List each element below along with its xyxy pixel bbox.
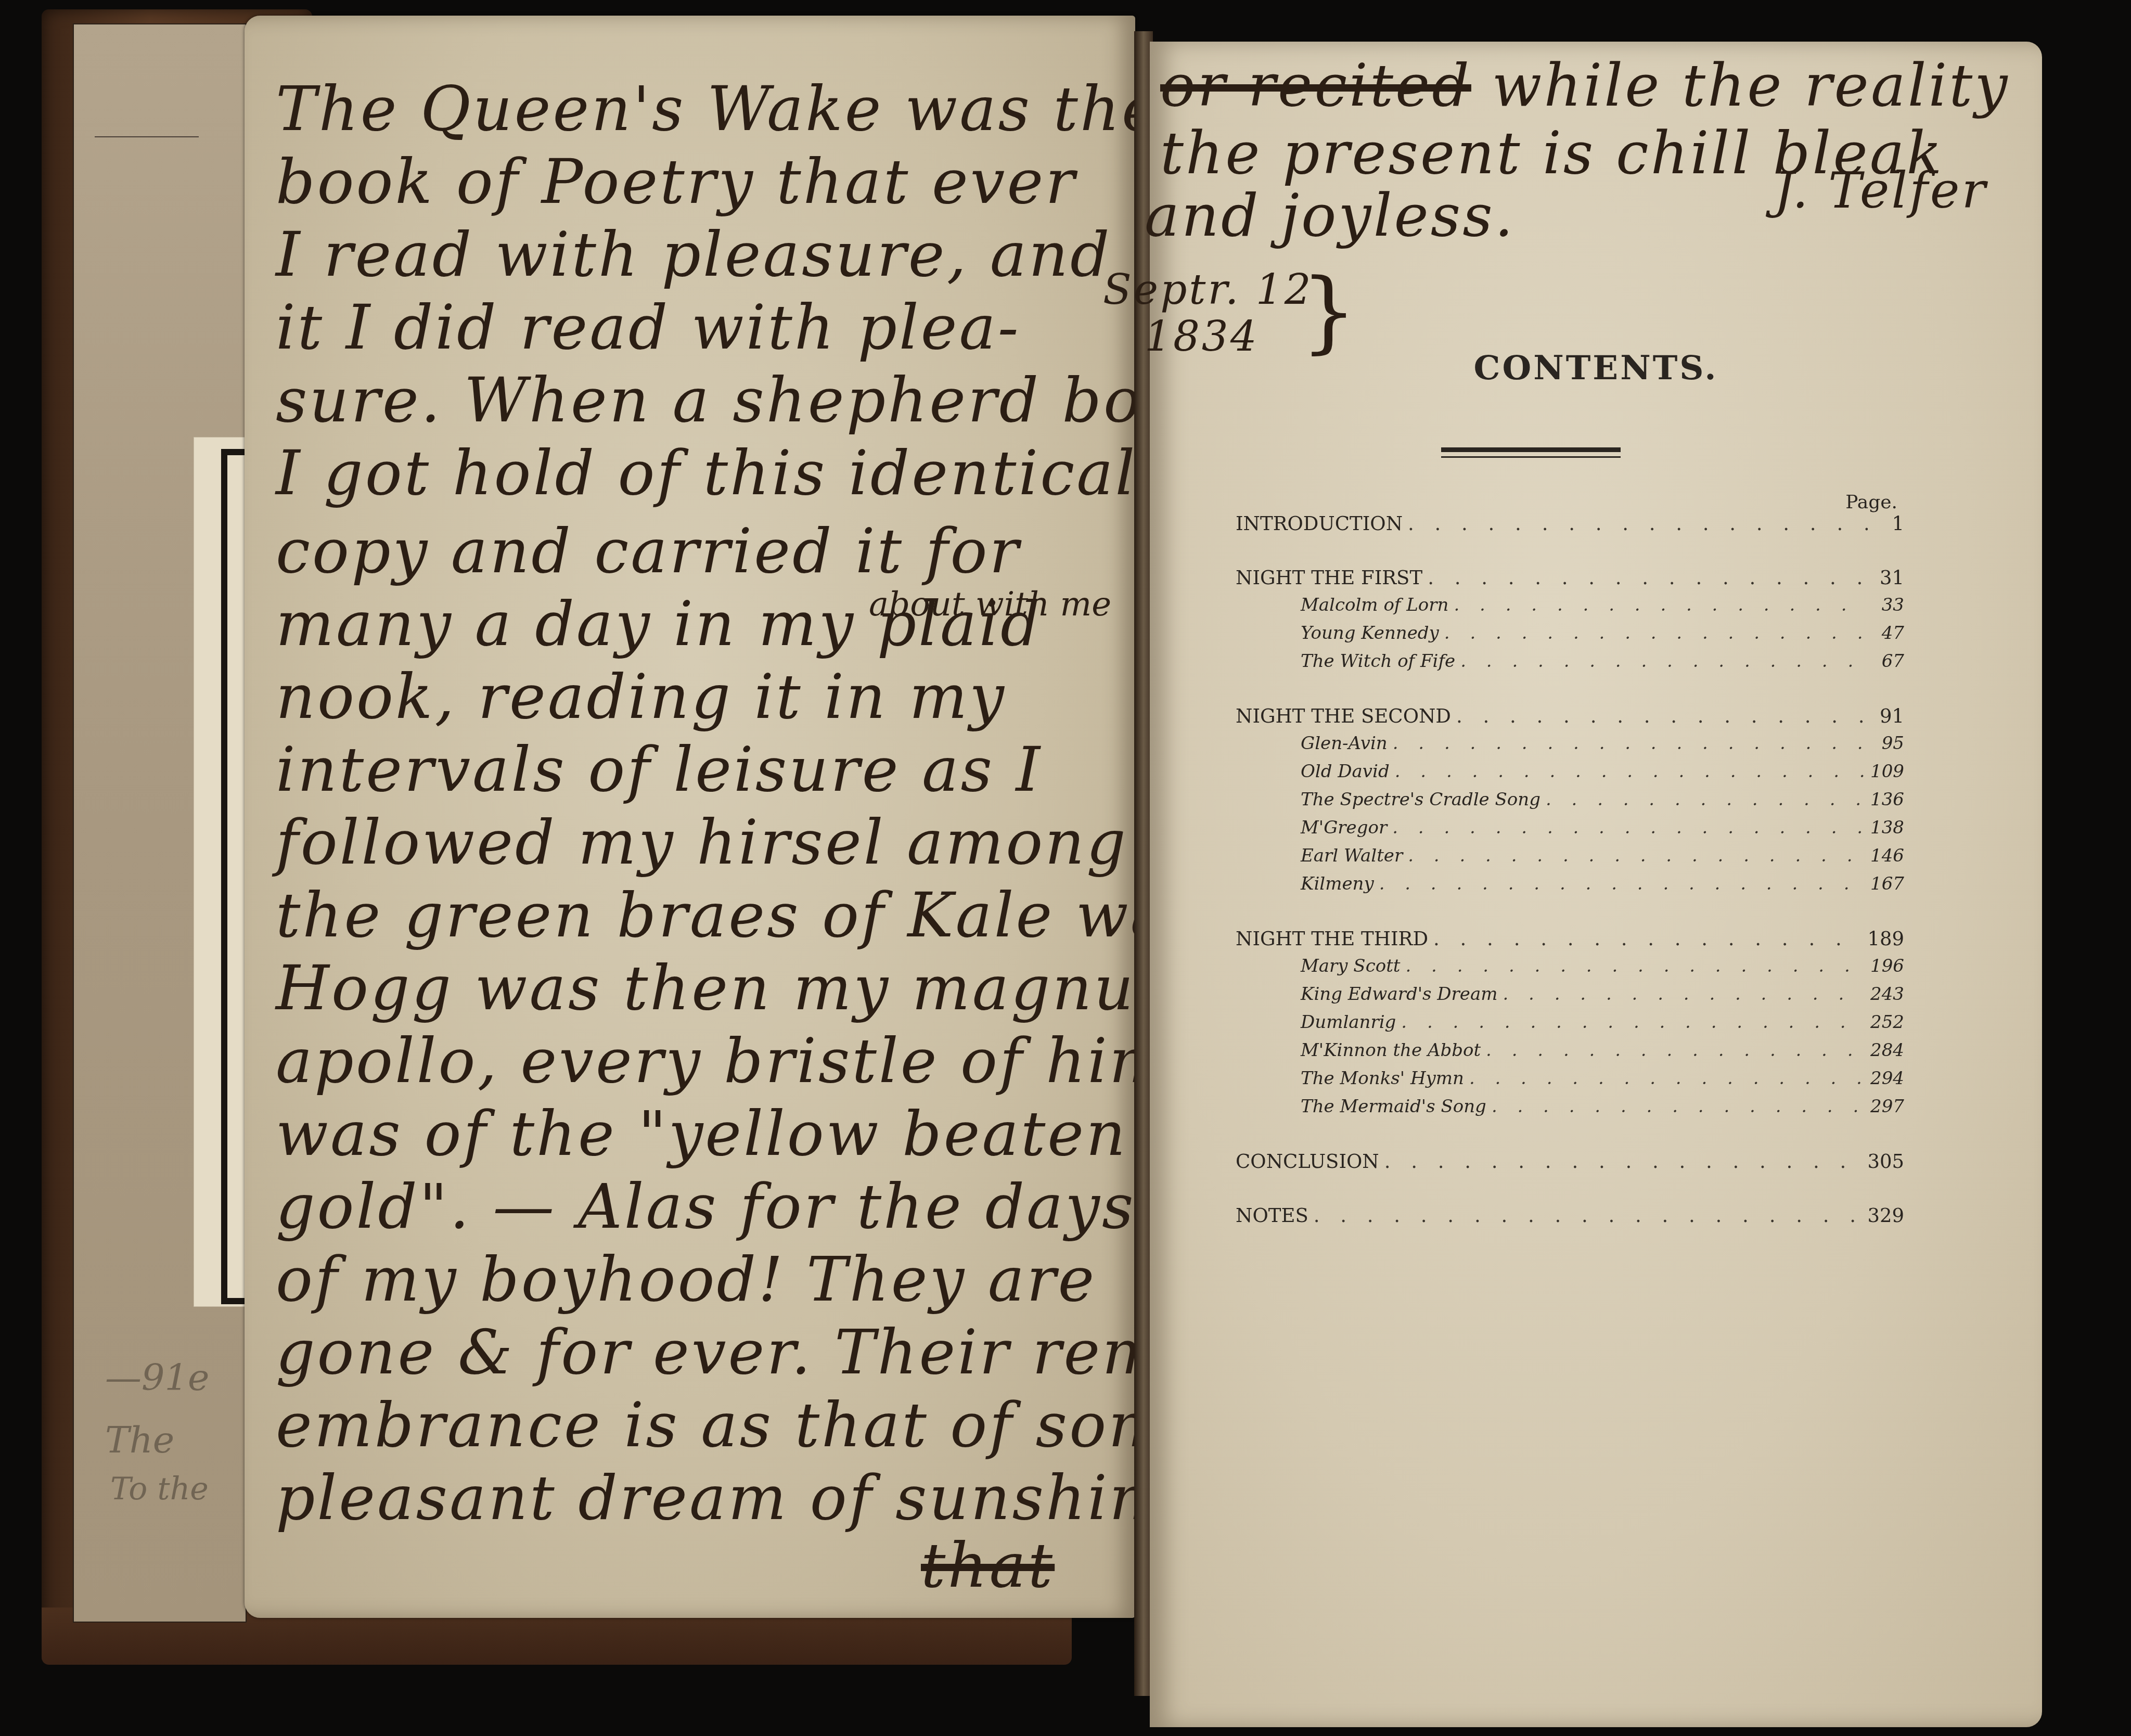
- toc-page: 329: [1867, 1204, 1904, 1227]
- toc-title: Earl Walter: [1301, 845, 1403, 866]
- toc-page: 1: [1873, 512, 1904, 535]
- faint-note: —91e: [105, 1356, 210, 1399]
- toc-title: Mary Scott: [1301, 956, 1400, 976]
- toc-entry[interactable]: The Witch of Fife67: [1236, 651, 1904, 679]
- toc-entry[interactable]: NOTES329: [1236, 1204, 1904, 1232]
- toc-title: CONCLUSION: [1236, 1150, 1379, 1173]
- toc-page: 33: [1873, 595, 1904, 615]
- handwritten-line-struck: that: [921, 1529, 1055, 1601]
- handwritten-line: I read with pleasure, and: [276, 218, 1112, 290]
- toc-entry[interactable]: NIGHT THE THIRD189: [1236, 928, 1904, 956]
- toc-title: The Monks' Hymn: [1301, 1068, 1464, 1089]
- dot-leader: [1408, 845, 1865, 866]
- dot-leader: [1379, 873, 1865, 894]
- toc-title: The Mermaid's Song: [1301, 1096, 1486, 1117]
- page-title: CONTENTS.: [1150, 349, 2042, 388]
- handwritten-line: of my boyhood! They are: [276, 1243, 1096, 1315]
- toc-page: 47: [1873, 623, 1904, 644]
- toc-title: Dumlanrig: [1301, 1012, 1396, 1033]
- toc-title: NIGHT THE THIRD: [1236, 928, 1428, 950]
- page-column-header: Page.: [1845, 492, 1897, 513]
- dot-leader: [1486, 1040, 1865, 1061]
- dot-leader: [1460, 651, 1868, 672]
- toc-page: 305: [1867, 1150, 1904, 1173]
- handwritten-line: book of Poetry that ever: [276, 146, 1077, 217]
- dot-leader: [1392, 817, 1865, 838]
- dot-leader: [1401, 1012, 1865, 1033]
- toc-page: 189: [1867, 928, 1904, 950]
- toc-entry[interactable]: Kilmeny167: [1236, 873, 1904, 902]
- toc-entry[interactable]: M'Kinnon the Abbot284: [1236, 1040, 1904, 1068]
- toc-page: 67: [1873, 651, 1904, 672]
- dot-leader: [1492, 1096, 1865, 1117]
- toc-entry[interactable]: Glen-Avin95: [1236, 733, 1904, 761]
- toc-title: M'Gregor: [1301, 817, 1387, 838]
- toc-page: 146: [1870, 845, 1904, 866]
- dot-leader: [1456, 705, 1868, 727]
- toc-title: NIGHT THE SECOND: [1236, 705, 1451, 727]
- handwritten-note-line: or recited while the reality: [1160, 52, 2010, 120]
- handwritten-line: sure. When a shepherd boy: [276, 364, 1179, 436]
- brace: }: [1301, 260, 1359, 363]
- toc-page: 95: [1873, 733, 1904, 754]
- toc-page: 136: [1870, 789, 1904, 810]
- date-line: Septr. 12: [1103, 265, 1313, 314]
- handwritten-line: Hogg was then my magnus: [276, 952, 1169, 1024]
- toc-entry[interactable]: Dumlanrig252: [1236, 1012, 1904, 1040]
- contents-page: or recited while the reality the present…: [1150, 42, 2042, 1727]
- handwritten-line: gold". — Alas for the days: [276, 1171, 1136, 1242]
- toc-title: INTRODUCTION: [1236, 512, 1403, 535]
- dot-leader: [1469, 1068, 1865, 1089]
- toc-entry[interactable]: The Monks' Hymn294: [1236, 1068, 1904, 1096]
- inserted-paper-slip: [194, 437, 247, 1307]
- handwritten-line: the green braes of Kale water: [276, 879, 1266, 951]
- toc-entry[interactable]: Young Kennedy47: [1236, 623, 1904, 651]
- toc-entry[interactable]: INTRODUCTION1: [1236, 512, 1904, 541]
- double-rule: [1441, 447, 1621, 458]
- toc-entry[interactable]: NIGHT THE SECOND91: [1236, 705, 1904, 733]
- dot-leader: [1433, 928, 1862, 950]
- toc-page: 284: [1870, 1040, 1904, 1061]
- toc-entry[interactable]: M'Gregor138: [1236, 817, 1904, 845]
- dot-leader: [1395, 761, 1865, 782]
- handwritten-line: pleasant dream of sunshine: [276, 1462, 1189, 1534]
- toc-entry[interactable]: Old David109: [1236, 761, 1904, 789]
- toc-title: Young Kennedy: [1301, 623, 1439, 644]
- dot-leader: [1314, 1204, 1863, 1227]
- toc-page: 243: [1870, 984, 1904, 1005]
- toc-title: The Spectre's Cradle Song: [1301, 789, 1541, 810]
- toc-entry[interactable]: The Mermaid's Song297: [1236, 1096, 1904, 1124]
- handwritten-note-line: and joyless.: [1145, 182, 1515, 250]
- toc-page: 252: [1870, 1012, 1904, 1033]
- toc-page: 109: [1870, 761, 1904, 782]
- toc-entry[interactable]: NIGHT THE FIRST31: [1236, 567, 1904, 595]
- handwritten-line: apollo, every bristle of him: [276, 1025, 1170, 1097]
- handwritten-line: was of the "yellow beaten: [276, 1098, 1127, 1169]
- dot-leader: [1393, 733, 1868, 754]
- dot-leader: [1384, 1150, 1863, 1173]
- toc-page: 31: [1873, 567, 1904, 589]
- handwritten-line: followed my hirsel among: [276, 806, 1128, 878]
- dot-leader: [1428, 567, 1868, 589]
- toc-page: 196: [1870, 956, 1904, 976]
- toc-entry[interactable]: Malcolm of Lorn33: [1236, 595, 1904, 623]
- faint-note: To the: [110, 1471, 209, 1507]
- toc-entry[interactable]: The Spectre's Cradle Song136: [1236, 789, 1904, 817]
- dot-leader: [1408, 512, 1868, 535]
- toc-title: NIGHT THE FIRST: [1236, 567, 1422, 589]
- toc-title: The Witch of Fife: [1301, 651, 1455, 672]
- toc-page: 138: [1870, 817, 1904, 838]
- toc-title: King Edward's Dream: [1301, 984, 1497, 1005]
- toc-page: 167: [1870, 873, 1904, 894]
- handwritten-line: copy and carried it for: [276, 515, 1021, 587]
- toc-title: Old David: [1301, 761, 1390, 782]
- handwritten-line: many a day in my plaid: [276, 588, 1042, 660]
- dot-leader: [1444, 623, 1868, 644]
- toc-title: Malcolm of Lorn: [1301, 595, 1448, 615]
- handwritten-line: gone & for ever. Their rem-: [276, 1316, 1185, 1388]
- toc-entry[interactable]: Mary Scott196: [1236, 956, 1904, 984]
- dot-leader: [1503, 984, 1865, 1005]
- toc-page: 294: [1870, 1068, 1904, 1089]
- handwritten-line: it I did read with plea-: [276, 291, 1021, 363]
- handwritten-line: I got hold of this identical: [276, 437, 1137, 509]
- handwritten-line: intervals of leisure as I: [276, 734, 1042, 805]
- toc-entry[interactable]: CONCLUSION305: [1236, 1150, 1904, 1178]
- toc-entry[interactable]: King Edward's Dream243: [1236, 984, 1904, 1012]
- dot-leader: [1405, 956, 1865, 976]
- toc-title: Glen-Avin: [1301, 733, 1388, 754]
- dot-leader: [1546, 789, 1865, 810]
- pencil-line: [95, 136, 199, 137]
- signature: J. Telfer: [1774, 161, 1987, 220]
- handwritten-leaf: The Queen's Wake was the first book of P…: [245, 16, 1135, 1618]
- toc-title: M'Kinnon the Abbot: [1301, 1040, 1481, 1061]
- toc-entry[interactable]: Earl Walter146: [1236, 845, 1904, 873]
- toc-title: Kilmeny: [1301, 873, 1374, 894]
- table-of-contents: INTRODUCTION1 NIGHT THE FIRST31 Malcolm …: [1236, 512, 1904, 1232]
- handwritten-line: nook, reading it in my: [276, 661, 1006, 732]
- faint-note: The: [105, 1419, 174, 1461]
- dot-leader: [1454, 595, 1868, 615]
- handwritten-line: embrance is as that of some: [276, 1389, 1207, 1461]
- toc-title: NOTES: [1236, 1204, 1308, 1227]
- toc-page: 297: [1870, 1096, 1904, 1117]
- toc-page: 91: [1873, 705, 1904, 727]
